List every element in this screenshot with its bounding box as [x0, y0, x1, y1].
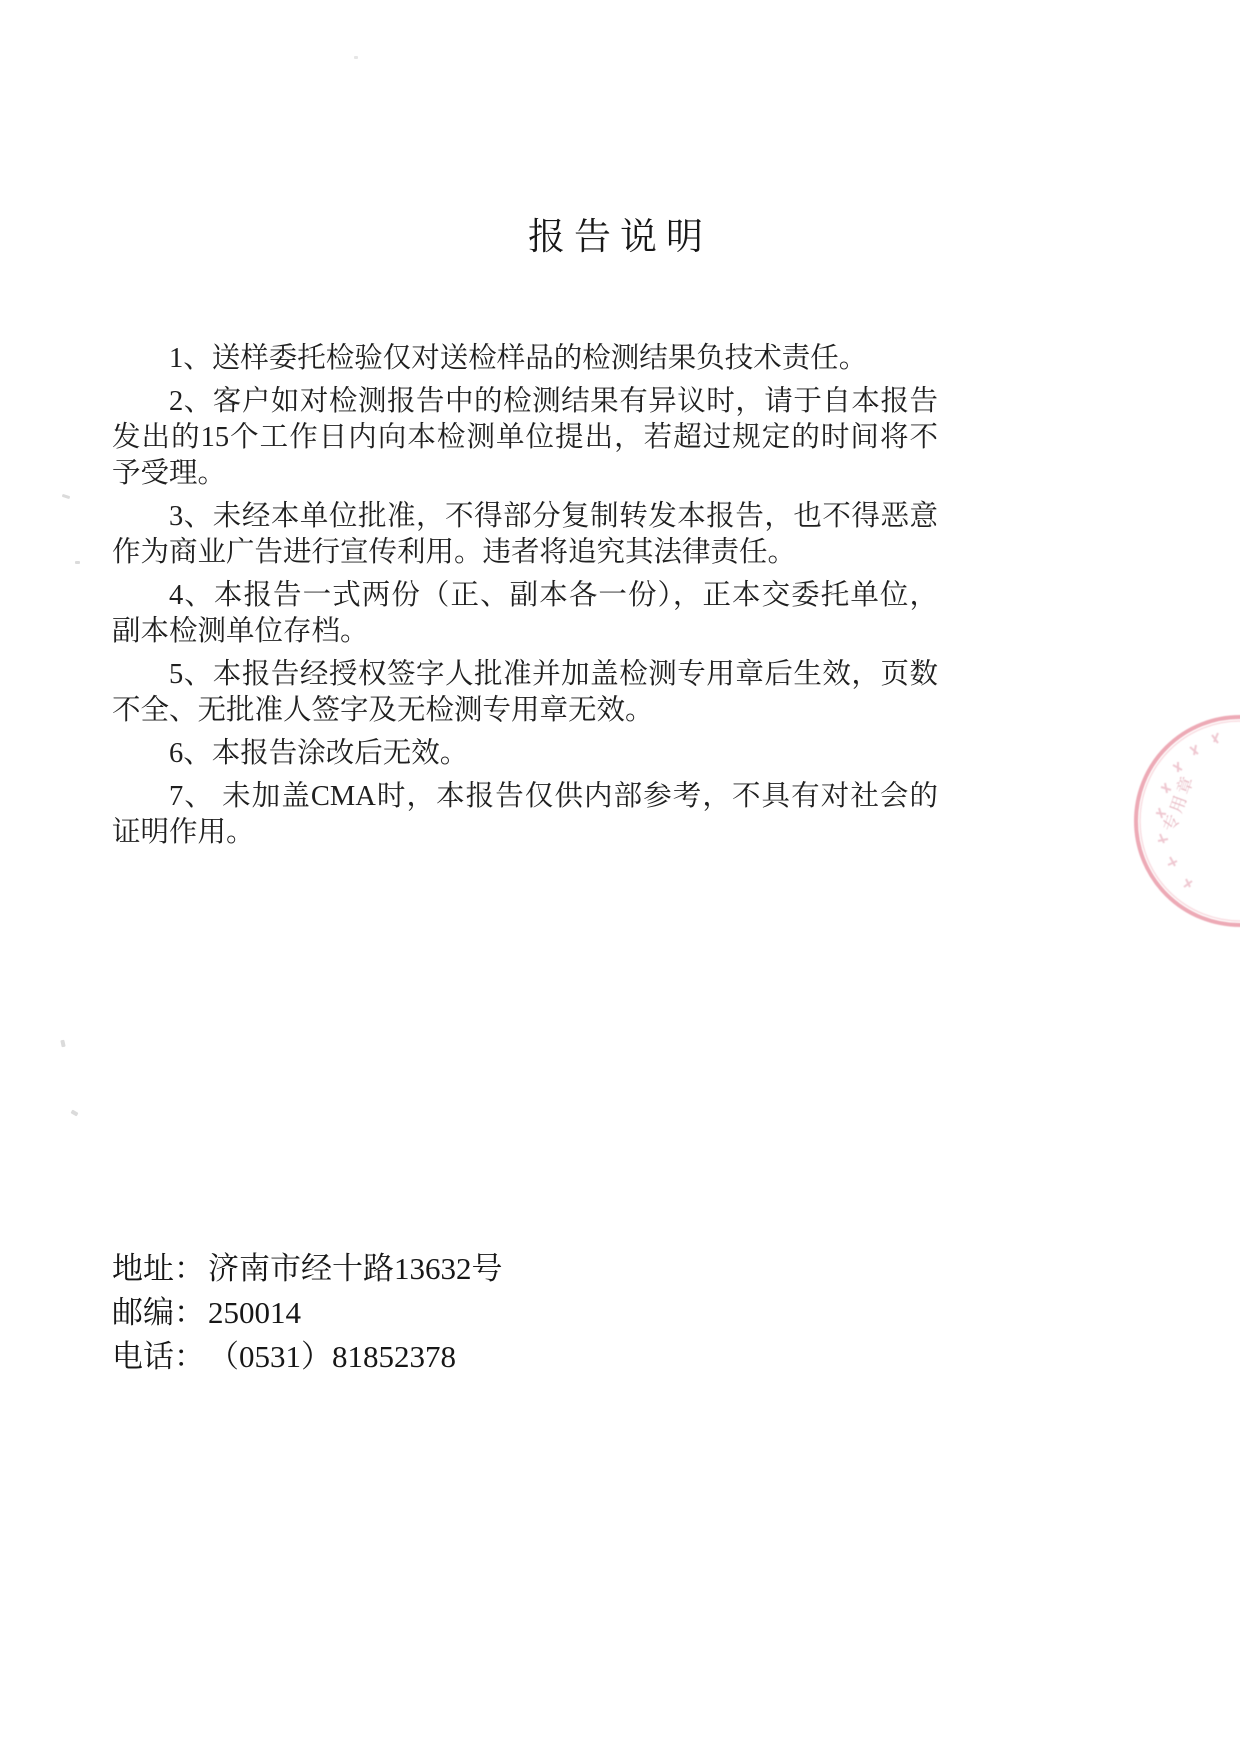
- phone-value: （0531）81852378: [208, 1339, 456, 1374]
- note-item-2: 2、客户如对检测报告中的检测结果有异议时，请于自本报告发出的15个工作日内向本检…: [112, 384, 938, 492]
- note-item-4: 4、本报告一式两份（正、副本各一份），正本交委托单位，副本检测单位存档。: [112, 578, 938, 650]
- note-item-7: 7、 未加盖CMA时，本报告仅供内部参考，不具有对社会的证明作用。: [112, 779, 938, 851]
- address-value: 济南市经十路13632号: [208, 1251, 503, 1286]
- postcode-label: 邮编：: [112, 1291, 208, 1335]
- note-item-1: 1、送样委托检验仅对送检样品的检测结果负技术责任。: [112, 341, 938, 377]
- scan-artifact: [354, 56, 358, 59]
- scan-artifact: [60, 1040, 65, 1048]
- contact-block: 地址：济南市经十路13632号 邮编：250014 电话：（0531）81852…: [112, 1247, 503, 1379]
- contact-postcode: 邮编：250014: [112, 1291, 503, 1335]
- note-item-6: 6、本报告涂改后无效。: [112, 736, 938, 772]
- notes-list: 1、送样委托检验仅对送检样品的检测结果负技术责任。 2、客户如对检测报告中的检测…: [112, 341, 938, 858]
- scan-artifact: [70, 1110, 78, 1117]
- stamp-arc-marks: [1156, 733, 1218, 887]
- stamp-text: 专用章: [1159, 771, 1198, 834]
- scan-artifact: [62, 494, 71, 499]
- phone-label: 电话：: [112, 1335, 208, 1379]
- report-notes-page: 报告说明 1、送样委托检验仅对送检样品的检测结果负技术责任。 2、客户如对检测报…: [0, 0, 1240, 1754]
- address-label: 地址：: [112, 1247, 208, 1291]
- postcode-value: 250014: [208, 1295, 301, 1330]
- scan-artifact: [75, 561, 80, 564]
- official-stamp-icon: 专用章: [1128, 709, 1240, 933]
- contact-phone: 电话：（0531）81852378: [112, 1335, 503, 1379]
- page-title: 报告说明: [0, 206, 1240, 260]
- note-item-5: 5、本报告经授权签字人批准并加盖检测专用章后生效，页数不全、无批准人签字及无检测…: [112, 657, 938, 729]
- contact-address: 地址：济南市经十路13632号: [112, 1247, 503, 1291]
- note-item-3: 3、未经本单位批准，不得部分复制转发本报告，也不得恶意作为商业广告进行宣传利用。…: [112, 499, 938, 571]
